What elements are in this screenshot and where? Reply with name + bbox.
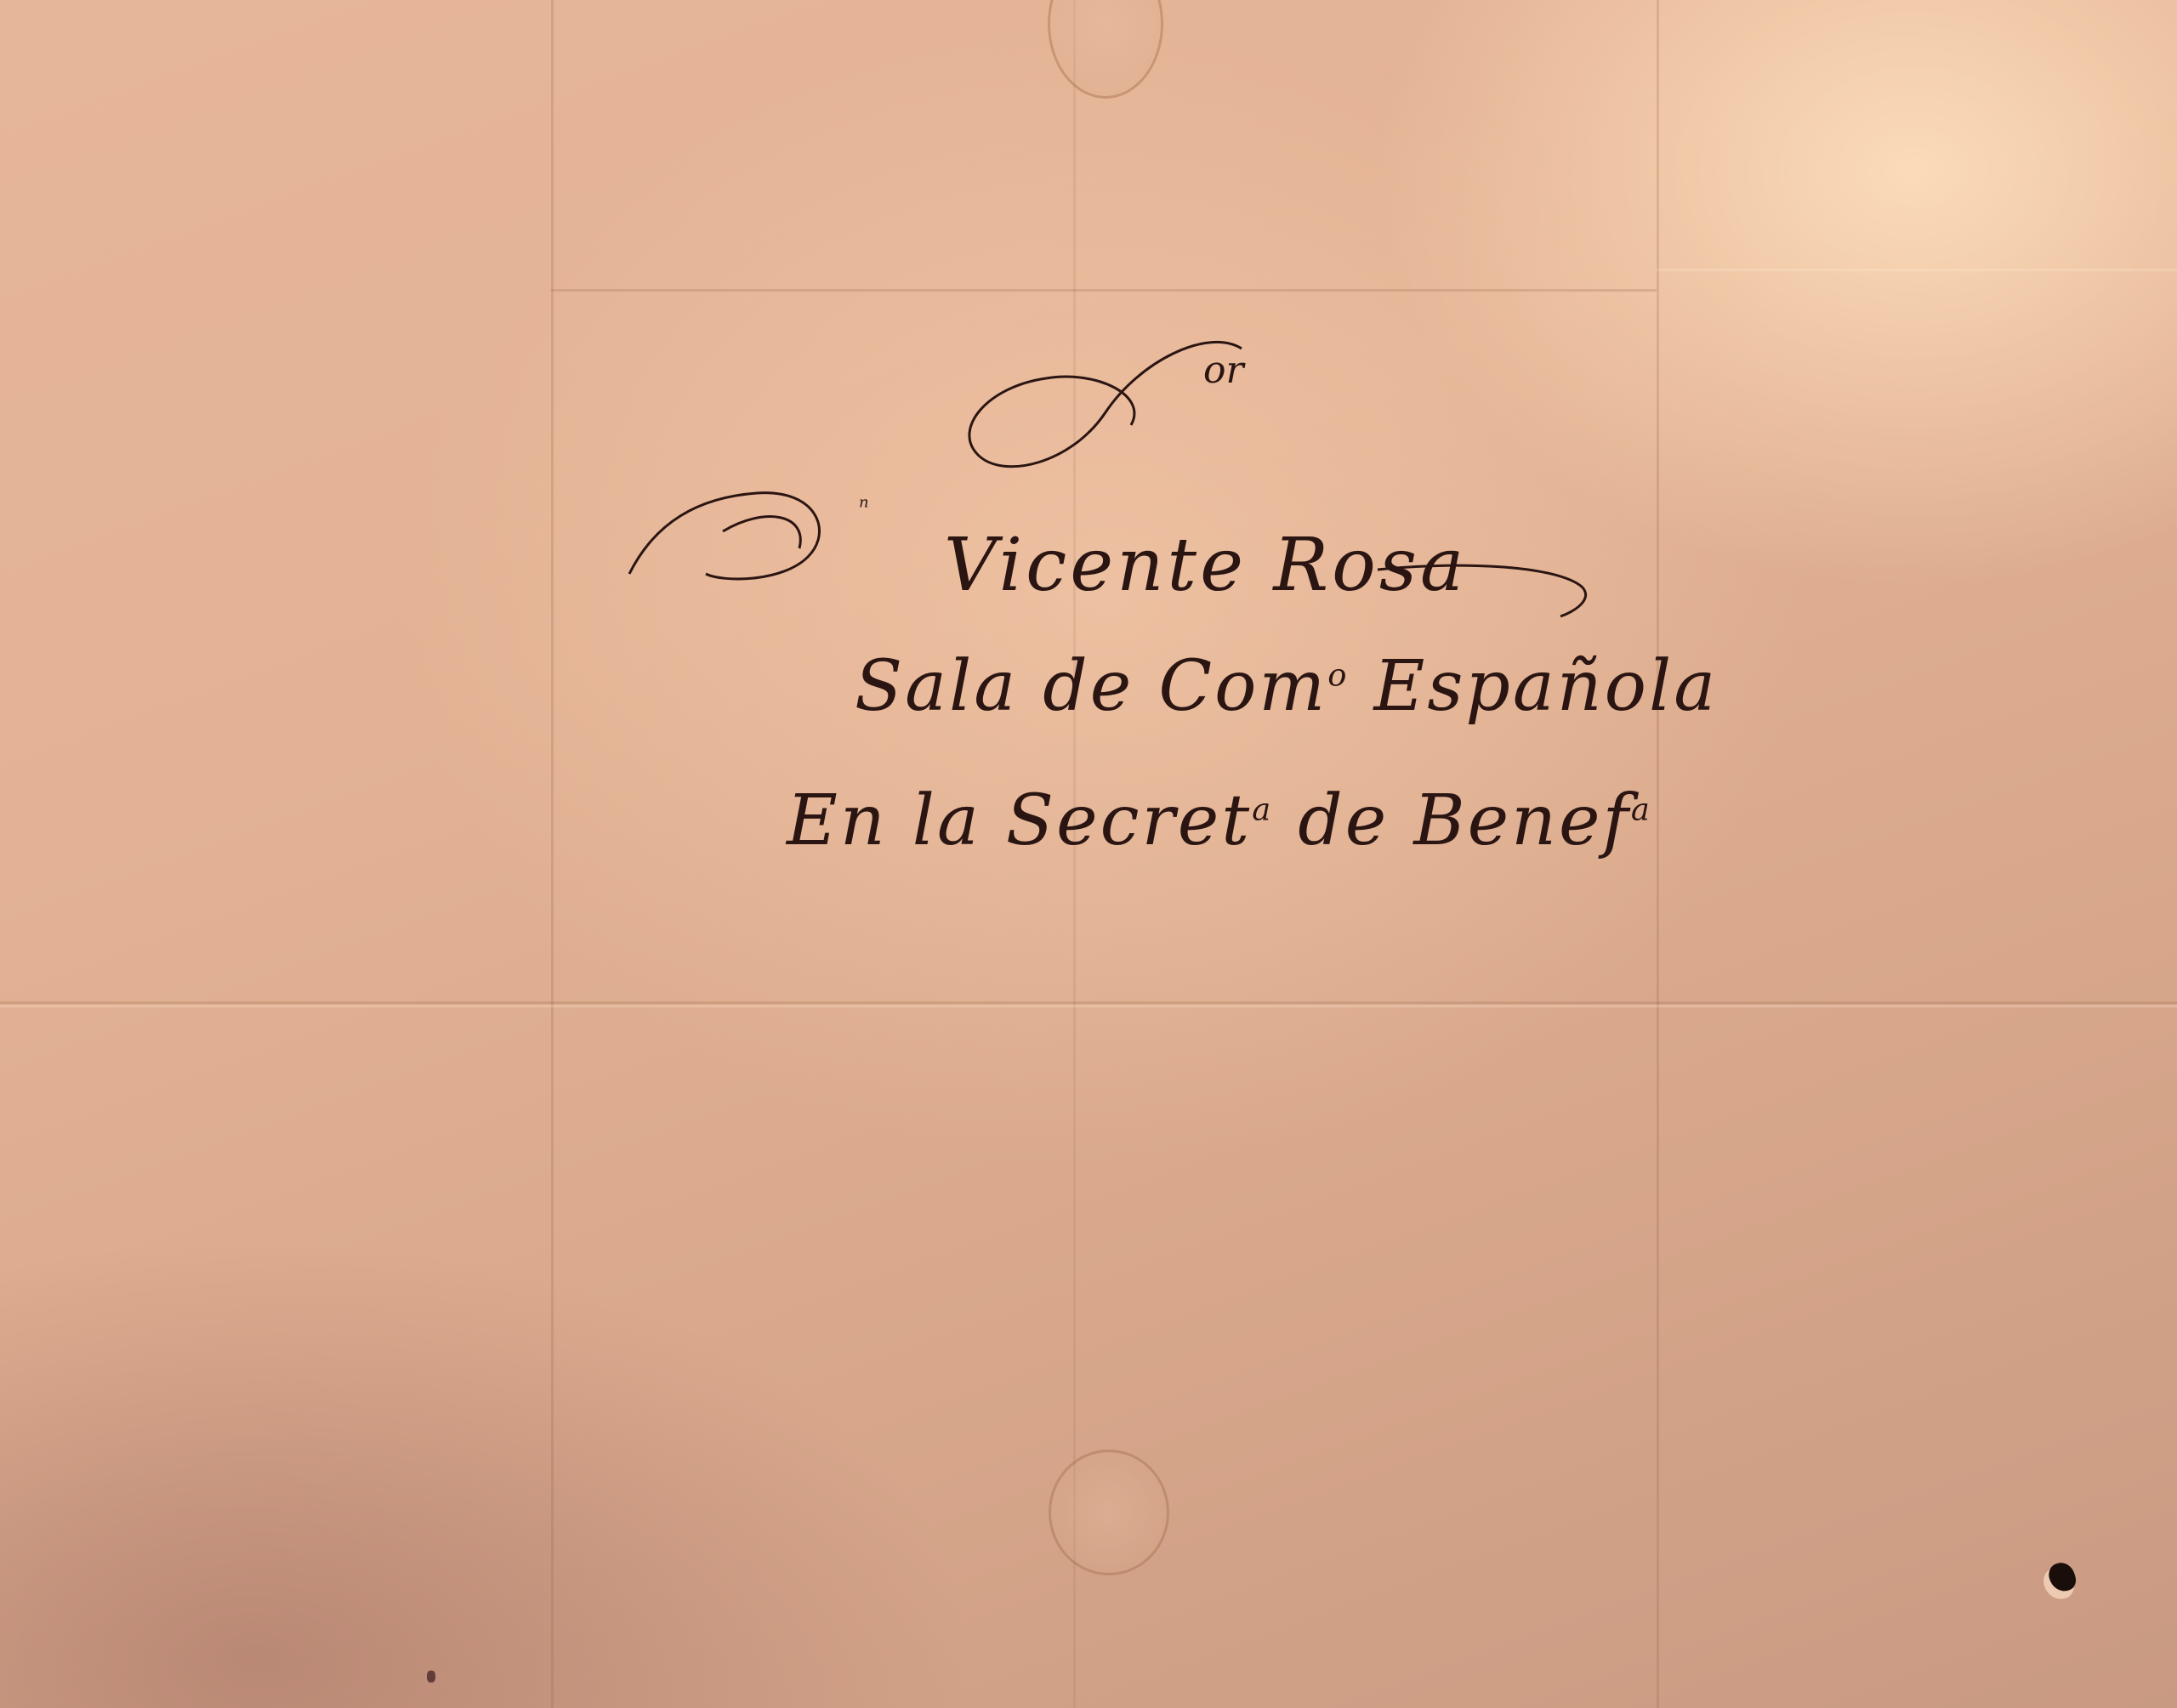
secretaria-superscript: a (1252, 792, 1273, 828)
fold-line-top-highlight (1657, 269, 2177, 271)
don-superscript: n (859, 494, 869, 512)
ink-mark (427, 1671, 435, 1682)
address-line-4: En la Secreta de Benefa (787, 780, 1652, 861)
fold-line-middle-highlight (0, 1005, 2177, 1007)
sala-text: Sala de Com (855, 646, 1327, 727)
beneficencia-text: de Benef (1273, 780, 1631, 861)
address-line-1: or (1203, 349, 1244, 392)
beneficencia-superscript: a (1631, 792, 1652, 828)
fold-line-left (551, 0, 554, 1708)
fold-line-right (1657, 0, 1659, 1708)
burn-hole (2046, 1560, 2078, 1595)
letter-paper: or n Vicente Rosa Sala de Como Española … (0, 0, 2177, 1708)
senor-superscript: or (1203, 349, 1244, 392)
name-underline-flourish (1378, 561, 1599, 621)
top-seal-impression (1048, 0, 1163, 99)
address-line-3: Sala de Como Española (855, 646, 1718, 727)
fold-line-middle (0, 1002, 2177, 1004)
espanola-text: Española (1349, 646, 1718, 727)
bottom-seal-impression (1049, 1450, 1169, 1575)
fold-line-top (551, 289, 1657, 292)
secretaria-text: En la Secret (787, 780, 1252, 861)
address-line-2: n (859, 489, 869, 528)
sala-superscript: o (1327, 657, 1349, 694)
